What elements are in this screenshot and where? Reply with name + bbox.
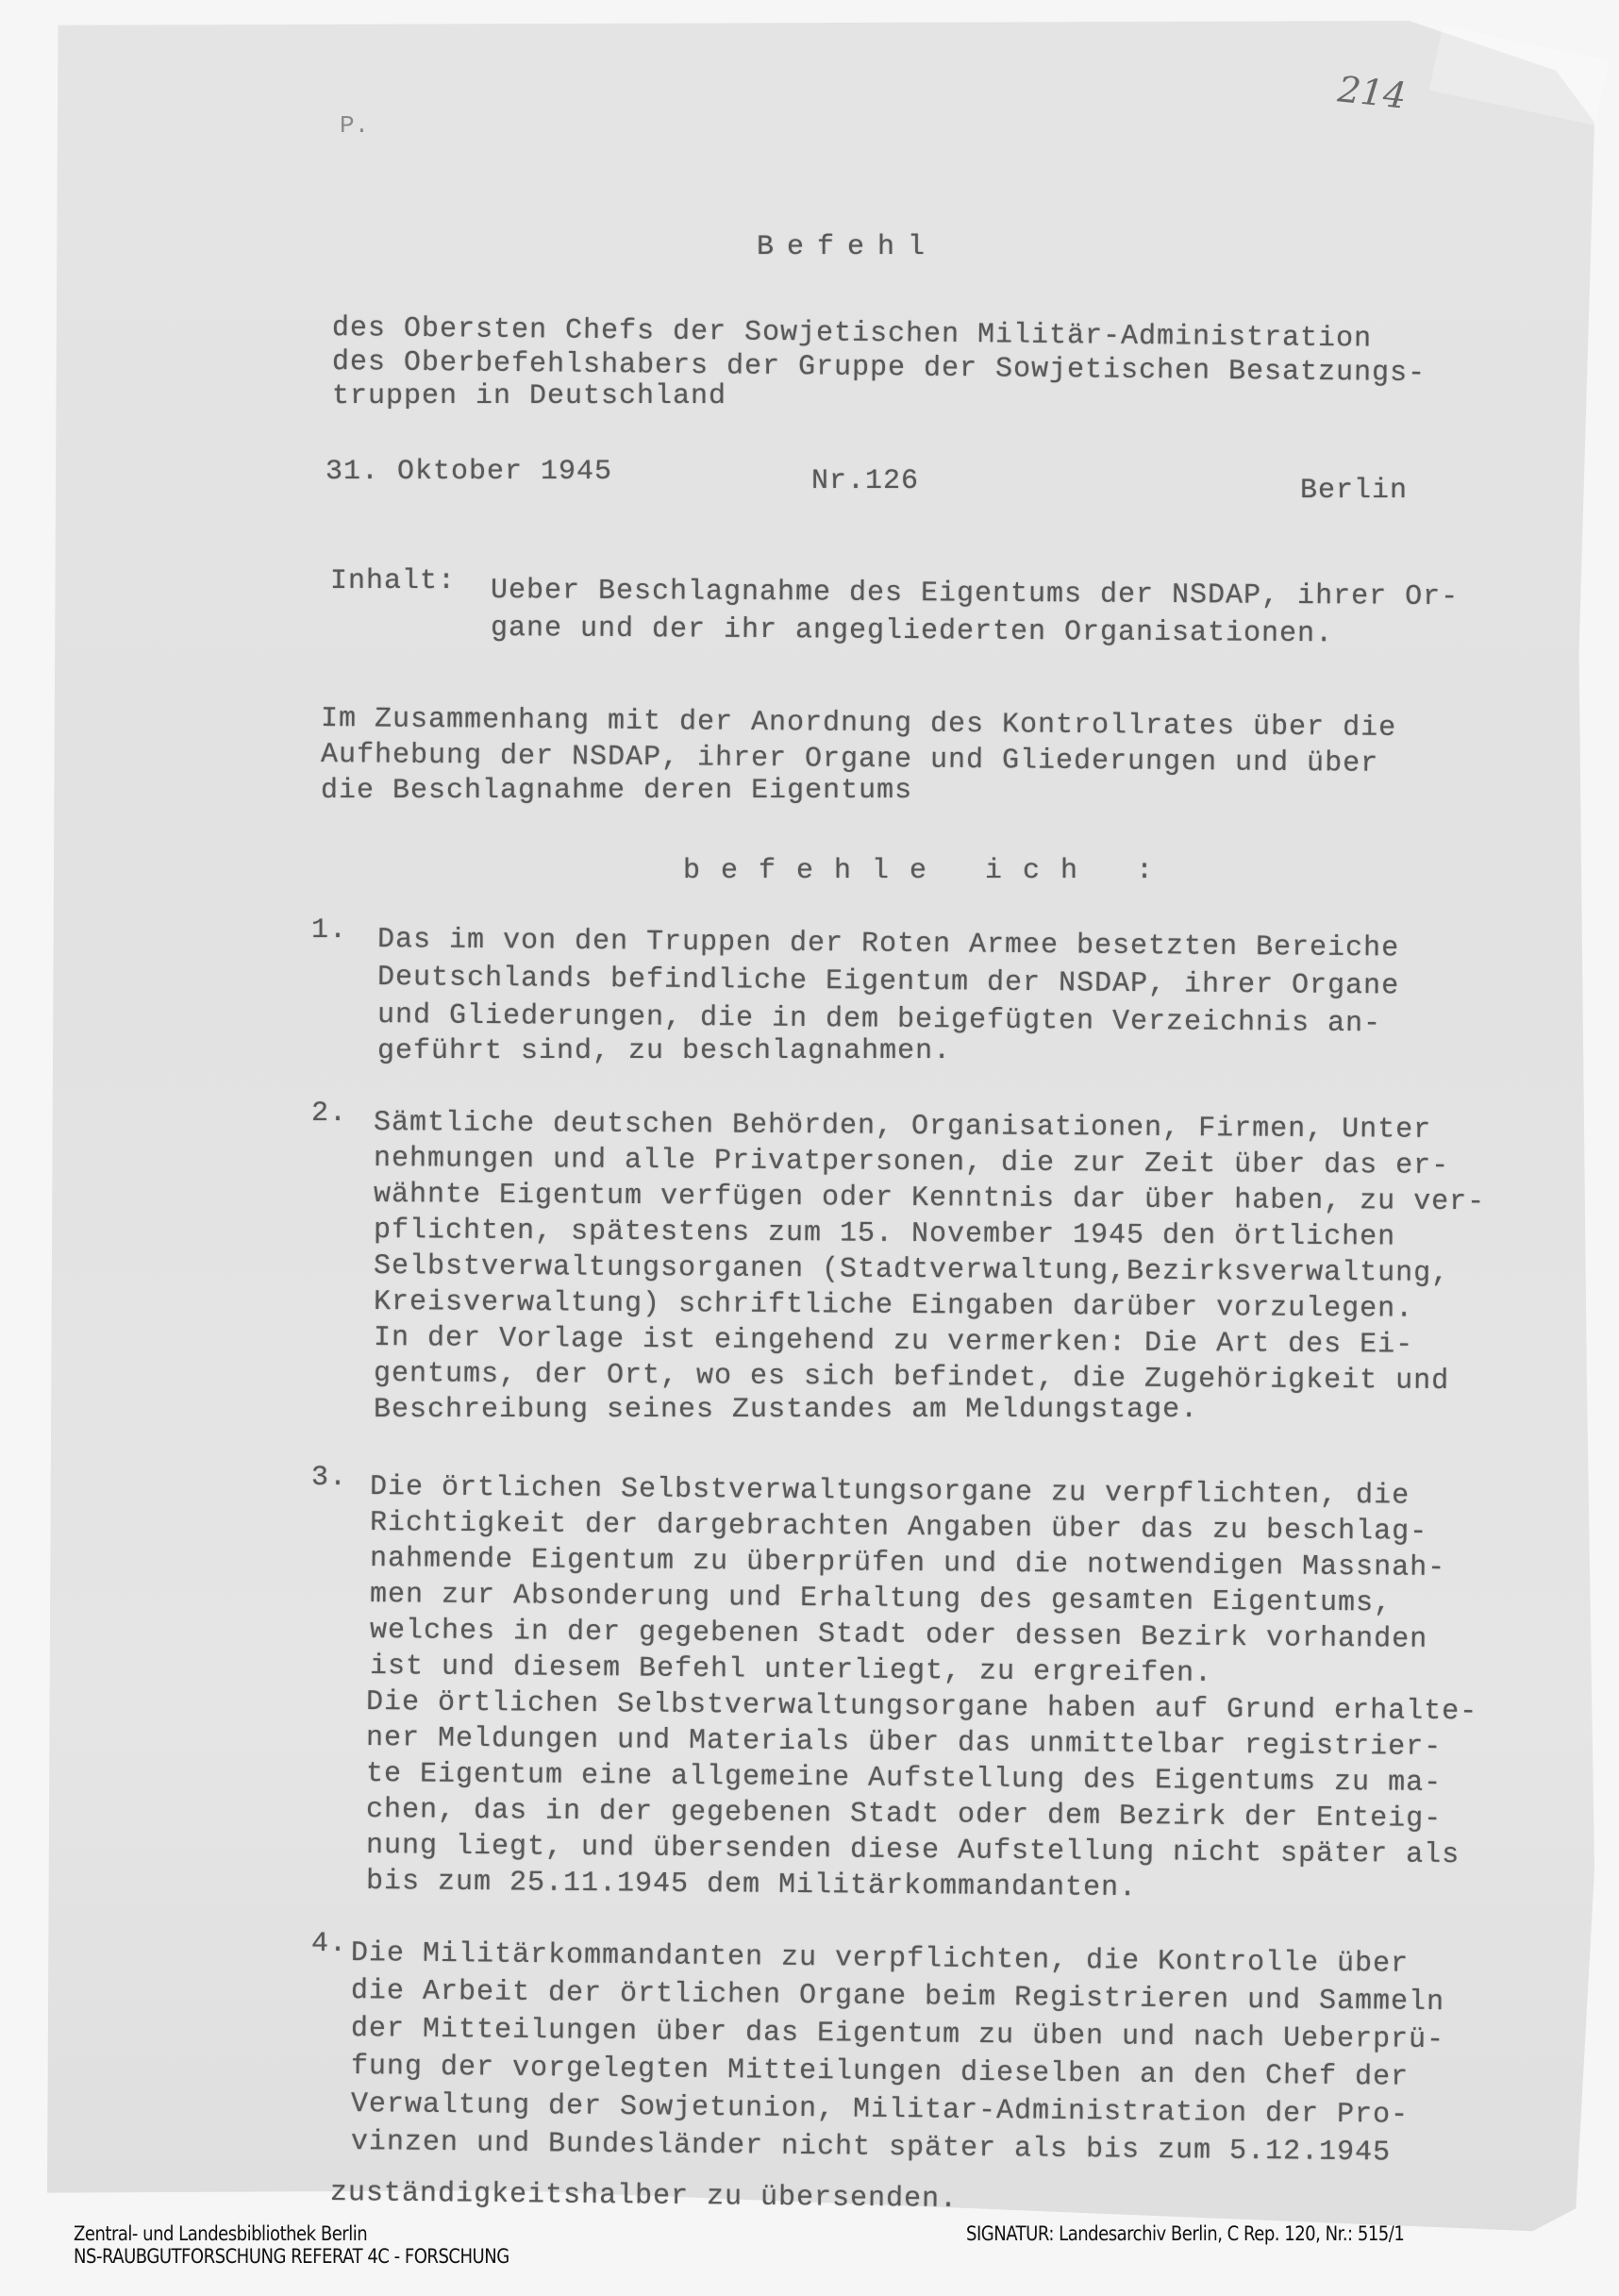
order-number: Nr.126 [811,464,919,498]
item-line: bis zum 25.11.1945 dem Militärkommandant… [366,1865,1137,1905]
item-number: 1. [311,913,347,947]
issuer-line: truppen in Deutschland [332,379,726,413]
footer-signature: SIGNATUR: Landesarchiv Berlin, C Rep. 12… [966,2222,1404,2245]
item-continuation: zuständigkeitshalber zu übersenden. [330,2176,958,2217]
item-line: geführt sind, zu beschlagnahmen. [377,1034,951,1068]
preamble-line: die Beschlagnahme deren Eigentums [321,774,912,808]
item-line: Kreisverwaltung) schriftliche Eingaben d… [374,1285,1413,1327]
corner-mark: P. [340,111,369,140]
item-number: 4. [311,1927,347,1961]
item-number: 3. [311,1461,347,1495]
item-line: Beschreibung seines Zustandes am Meldung… [374,1393,1198,1427]
item-line: In der Vorlage ist eingehend zu vermerke… [374,1321,1413,1363]
subject-line: gane und der ihr angegliederten Organisa… [491,612,1333,651]
subject-label: Inhalt: [330,564,456,598]
handwritten-page-number: 214 [1336,68,1409,116]
command-phrase: befehle ich : [683,854,1174,888]
subject-line: Ueber Beschlagnahme des Eigentums der NS… [491,574,1459,614]
footer-department: NS-RAUBGUTFORSCHUNG REFERAT 4C - FORSCHU… [74,2245,509,2268]
item-line: pflichten, spätestens zum 15. November 1… [374,1214,1395,1255]
item-number: 2. [311,1097,347,1131]
order-date: 31. Oktober 1945 [325,455,612,489]
document-title: Befehl [757,230,938,264]
order-place: Berlin [1300,474,1408,508]
footer-library-name: Zentral- und Landesbibliothek Berlin [74,2222,367,2245]
